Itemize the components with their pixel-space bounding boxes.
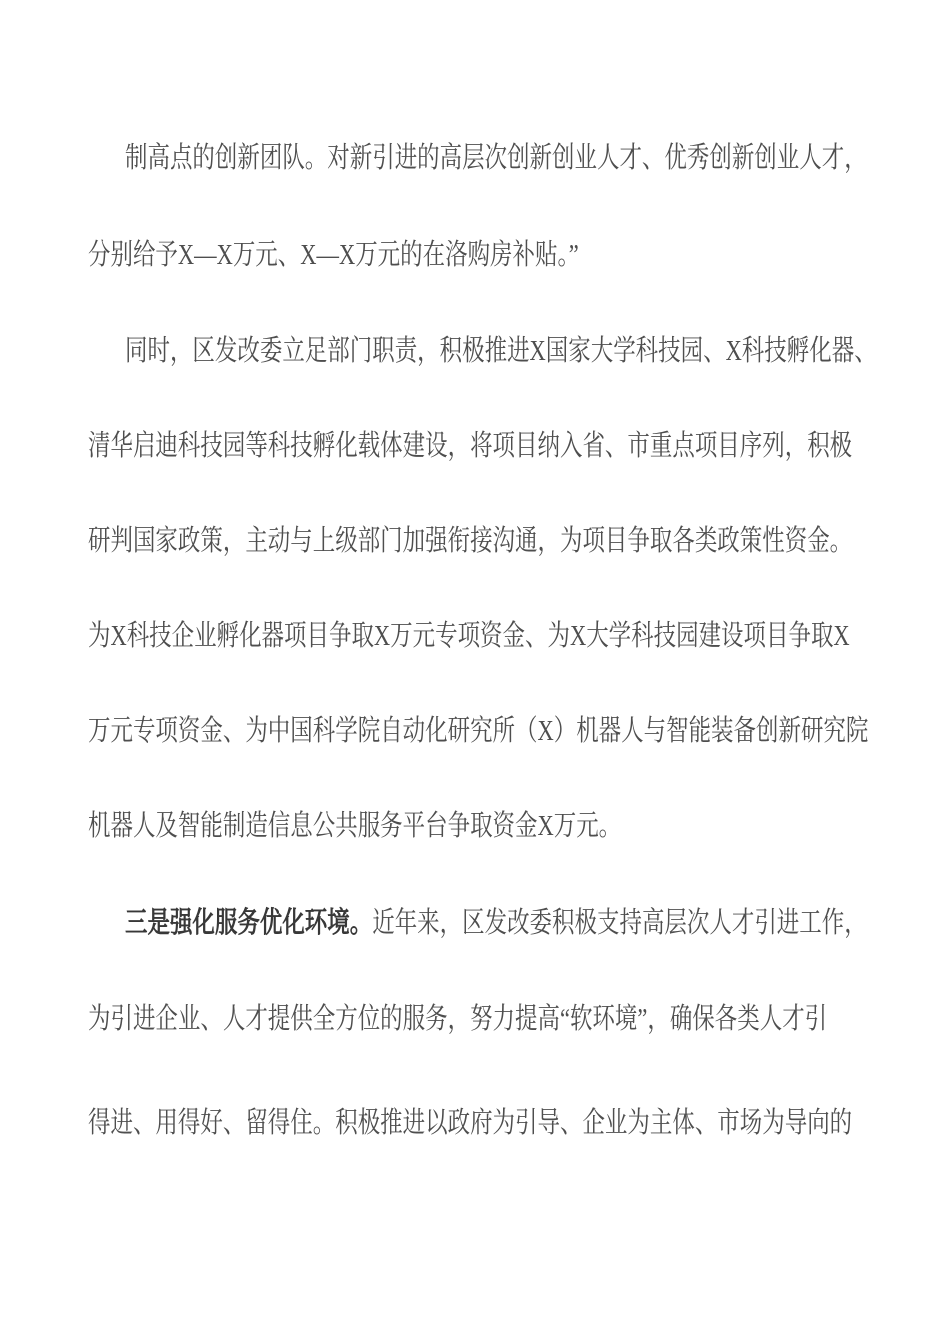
- text-line-content: 为引进企业、人才提供全方位的服务，努力提高“软环境”，确保各类人才引: [88, 1001, 827, 1037]
- text-line: 为X科技企业孵化器项目争取X万元专项资金、为X大学科技园建设项目争取X: [88, 618, 950, 654]
- text-line: 分别给予X—X万元、X—X万元的在洛购房补贴。”: [88, 237, 721, 273]
- text-line: 三是强化服务优化环境。近年来，区发改委积极支持高层次人才引进工作，: [125, 905, 950, 941]
- text-line: 同时，区发改委立足部门职责，积极推进X国家大学科技园、X科技孵化器、: [125, 333, 950, 369]
- bold-lead-text: 三是强化服务优化环境。: [125, 907, 372, 939]
- text-line-content: 得进、用得好、留得住。积极推进以政府为引导、企业为主体、市场为导向的: [88, 1105, 852, 1141]
- text-line-content: 为X科技企业孵化器项目争取X万元专项资金、为X大学科技园建设项目争取X: [88, 618, 850, 654]
- text-line-content: 制高点的创新团队。对新引进的高层次创新创业人才、优秀创新创业人才，: [125, 140, 867, 176]
- text-line: 为引进企业、人才提供全方位的服务，努力提高“软环境”，确保各类人才引: [88, 1001, 950, 1037]
- text-line: 研判国家政策，主动与上级部门加强衔接沟通，为项目争取各类政策性资金。: [88, 523, 950, 559]
- text-line: 制高点的创新团队。对新引进的高层次创新创业人才、优秀创新创业人才，: [125, 140, 950, 176]
- text-line-content: 研判国家政策，主动与上级部门加强衔接沟通，为项目争取各类政策性资金。: [88, 523, 852, 559]
- text-line-content: 机器人及智能制造信息公共服务平台争取资金X万元。: [88, 808, 621, 844]
- document-page: 制高点的创新团队。对新引进的高层次创新创业人才、优秀创新创业人才， 分别给予X—…: [0, 0, 950, 1344]
- text-line: 得进、用得好、留得住。积极推进以政府为引导、企业为主体、市场为导向的: [88, 1105, 950, 1141]
- text-line-rest: 近年来，区发改委积极支持高层次人才引进工作，: [372, 907, 866, 939]
- text-line: 万元专项资金、为中国科学院自动化研究所（X）机器人与智能装备创新研究院: [88, 713, 950, 749]
- text-line-content: 分别给予X—X万元、X—X万元的在洛购房补贴。”: [88, 237, 579, 273]
- text-line-content: 三是强化服务优化环境。近年来，区发改委积极支持高层次人才引进工作，: [125, 905, 867, 941]
- text-line: 清华启迪科技园等科技孵化载体建设，将项目纳入省、市重点项目序列，积极: [88, 428, 950, 464]
- text-line: 机器人及智能制造信息公共服务平台争取资金X万元。: [88, 808, 776, 844]
- text-line-content: 同时，区发改委立足部门职责，积极推进X国家大学科技园、X科技孵化器、: [125, 333, 877, 369]
- text-line-content: 清华启迪科技园等科技孵化载体建设，将项目纳入省、市重点项目序列，积极: [88, 428, 852, 464]
- text-line-content: 万元专项资金、为中国科学院自动化研究所（X）机器人与智能装备创新研究院: [88, 713, 868, 749]
